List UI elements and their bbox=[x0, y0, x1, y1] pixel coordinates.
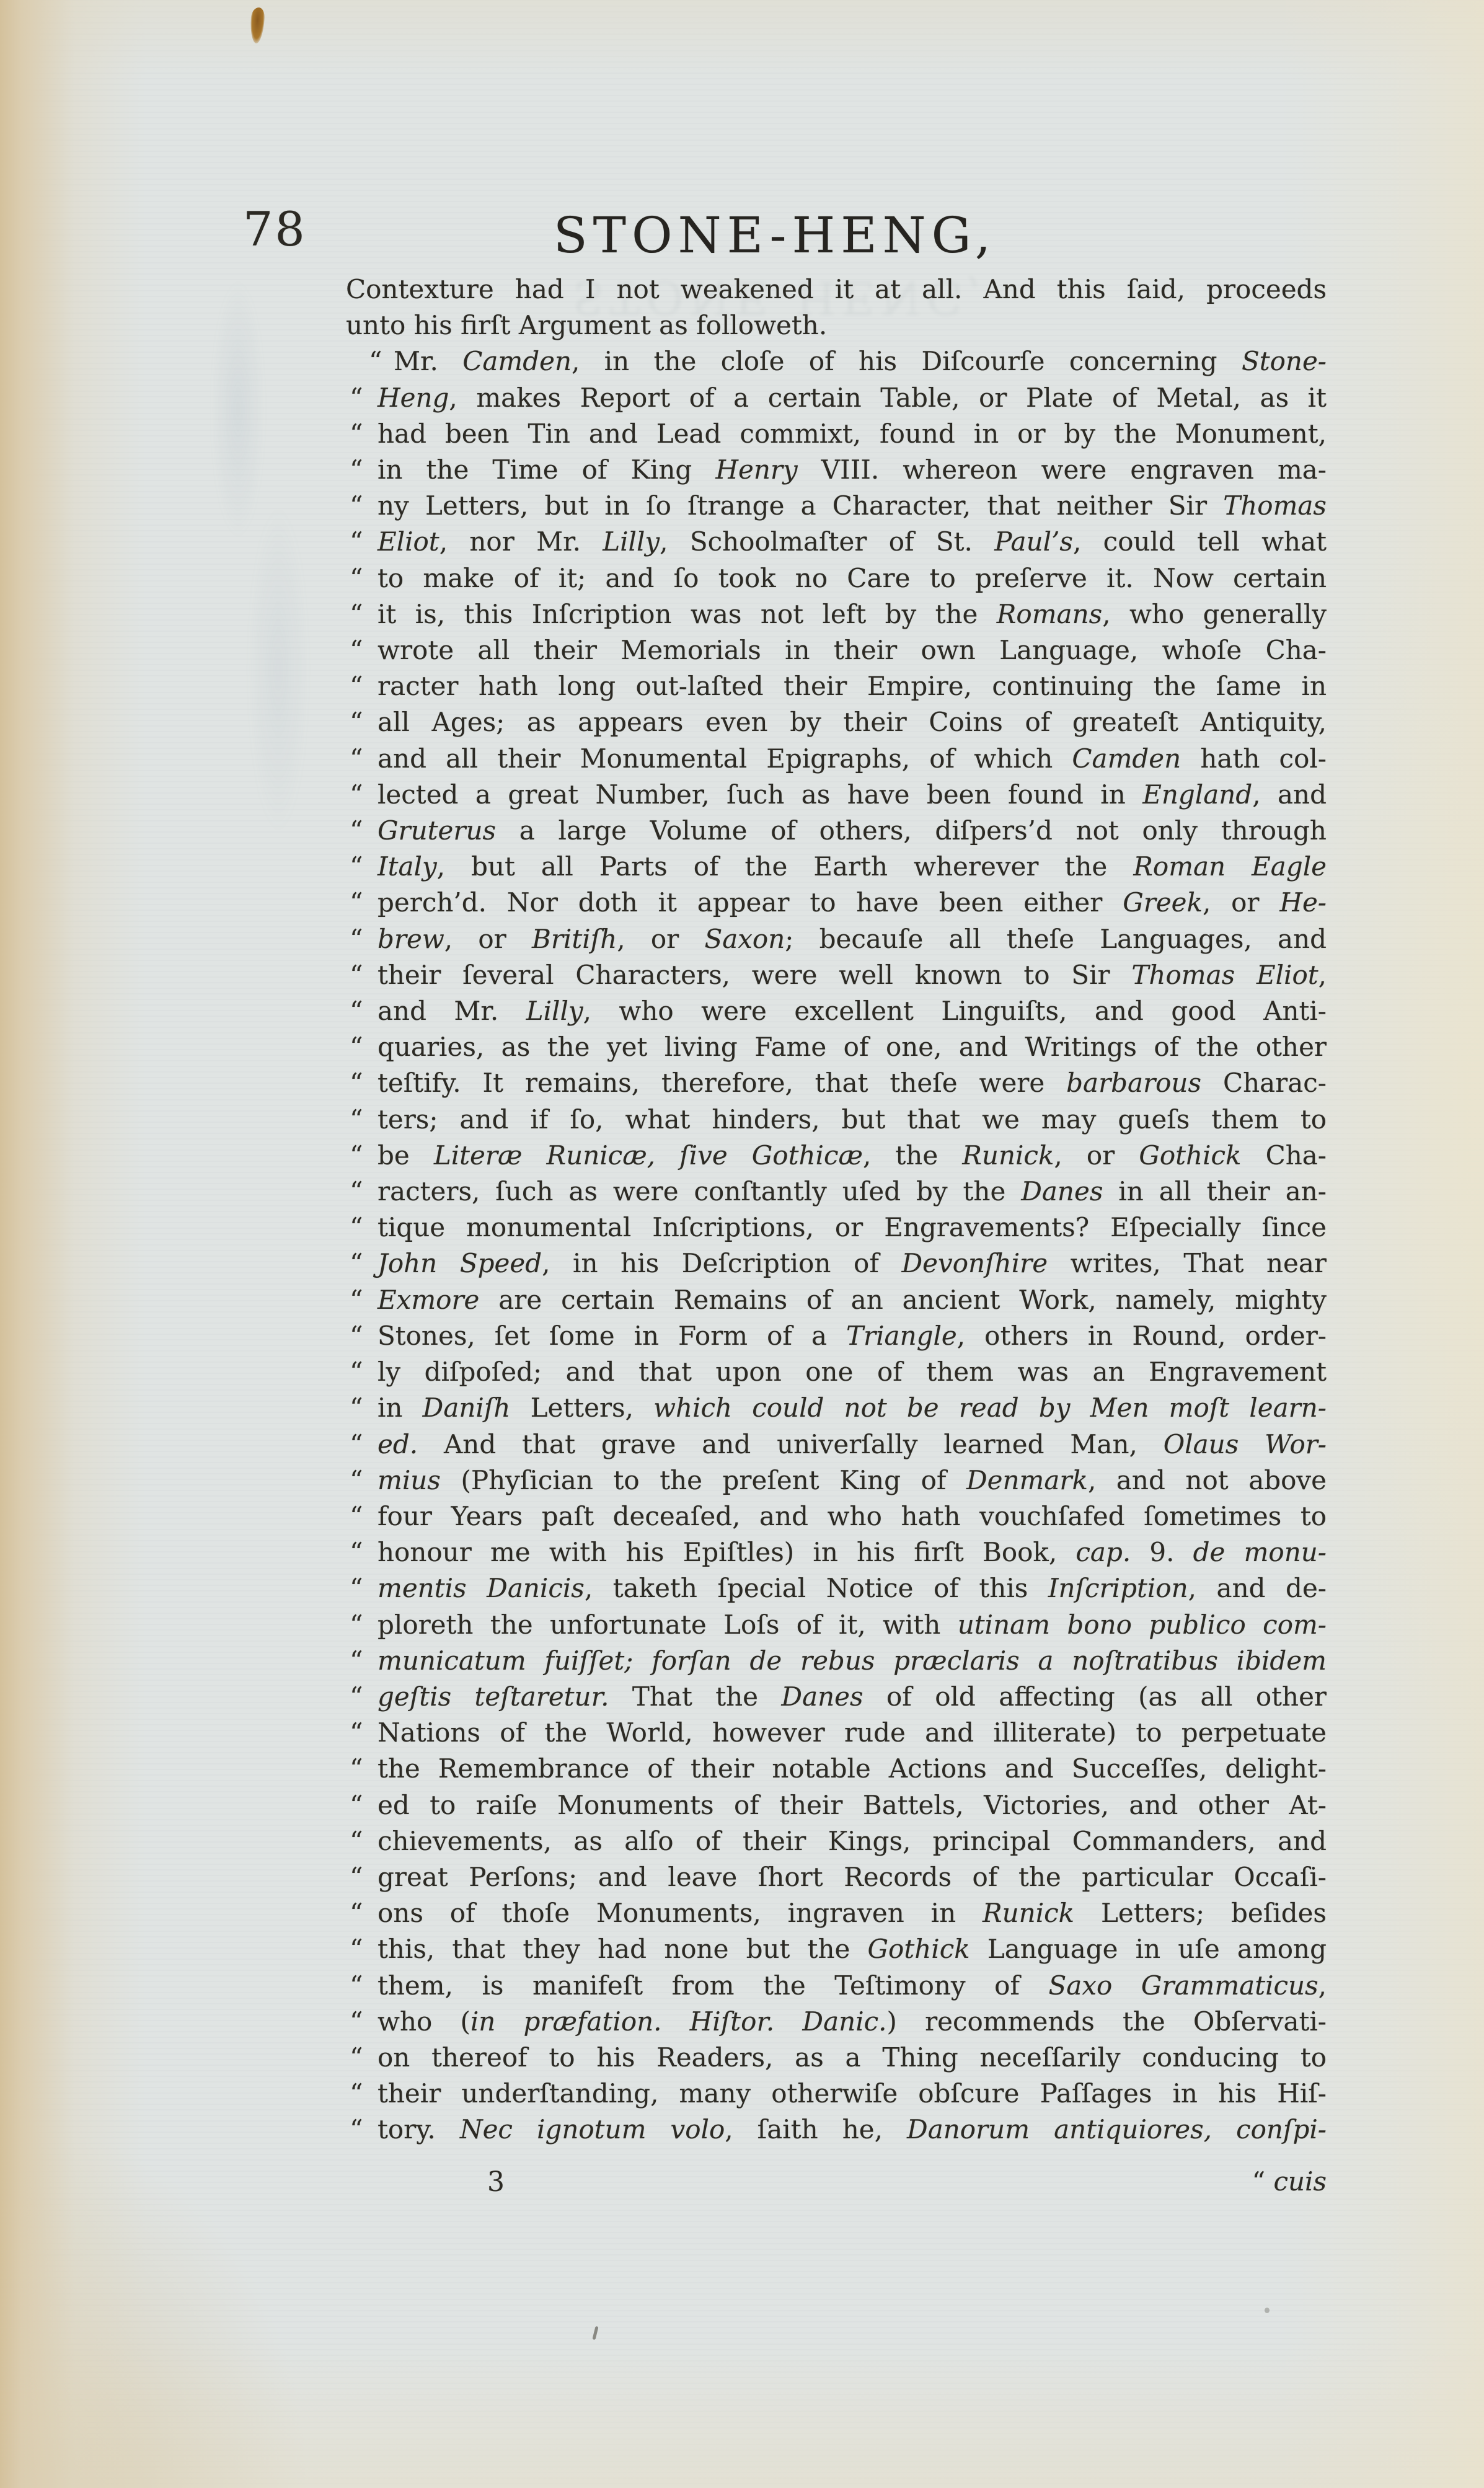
quote-mark: “ bbox=[350, 1463, 363, 1499]
quote-mark: “ bbox=[350, 1859, 363, 1895]
text-line: “to make of it; and ſo took no Care to p… bbox=[346, 560, 1327, 596]
quote-mark: “ bbox=[350, 1210, 363, 1246]
quote-mark: “ bbox=[350, 741, 363, 777]
text-line: “honour me with his Epiſtles) in his fir… bbox=[346, 1534, 1327, 1570]
quote-mark: “ bbox=[350, 1931, 363, 1967]
text-line: “Mr. Camden, in the cloſe of his Diſcour… bbox=[346, 343, 1327, 379]
quote-mark: “ bbox=[350, 1390, 363, 1426]
quote-mark: “ bbox=[350, 2040, 363, 2076]
quote-mark: “ bbox=[350, 1499, 363, 1534]
catchword-quote-mark: “ bbox=[1252, 2166, 1265, 2197]
text-line: “brew, or Britiſh, or Saxon; becauſe all… bbox=[346, 921, 1327, 957]
text-line: “Stones, ſet ſome in Form of a Triangle,… bbox=[346, 1318, 1327, 1354]
quote-mark: “ bbox=[350, 1282, 363, 1318]
text-line: “racter hath long out-laſted their Empir… bbox=[346, 668, 1327, 704]
catchword-text: cuis bbox=[1273, 2166, 1327, 2197]
quote-mark: “ bbox=[350, 1427, 363, 1463]
quote-mark: “ bbox=[350, 885, 363, 921]
quote-mark: “ bbox=[350, 957, 363, 993]
text-line: “Gruterus a large Volume of others, diſp… bbox=[346, 813, 1327, 849]
text-line: “four Years paſt deceaſed, and who hath … bbox=[346, 1499, 1327, 1534]
text-line: “this, that they had none but the Gothic… bbox=[346, 1931, 1327, 1967]
quote-mark: “ bbox=[350, 2004, 363, 2040]
text-line: “municatum fuiſſet; forſan de rebus præc… bbox=[346, 1643, 1327, 1679]
quote-mark: “ bbox=[350, 1029, 363, 1065]
text-line: “Eliot, nor Mr. Lilly, Schoolmaſter of S… bbox=[346, 524, 1327, 560]
quote-mark: “ bbox=[350, 596, 363, 632]
quote-mark: “ bbox=[350, 849, 363, 885]
quote-mark: “ bbox=[369, 343, 382, 379]
quote-mark: “ bbox=[350, 1246, 363, 1282]
quote-mark: “ bbox=[350, 2112, 363, 2148]
text-line: “in the Time of King Henry VIII. whereon… bbox=[346, 452, 1327, 488]
text-line: “tique monumental Inſcriptions, or Engra… bbox=[346, 1210, 1327, 1246]
quote-mark: “ bbox=[350, 1715, 363, 1751]
text-line: “lected a great Number, ſuch as have bee… bbox=[346, 777, 1327, 813]
quote-mark: “ bbox=[350, 1570, 363, 1606]
text-line: “teſtify. It remains, therefore, that th… bbox=[346, 1065, 1327, 1101]
quote-mark: “ bbox=[350, 1787, 363, 1823]
text-line: “the Remembrance of their notable Action… bbox=[346, 1751, 1327, 1787]
text-line: “mentis Danicis, taketh ſpecial Notice o… bbox=[346, 1570, 1327, 1606]
quote-mark: “ bbox=[350, 1968, 363, 2004]
text-line: “it is, this Inſcription was not left by… bbox=[346, 596, 1327, 632]
text-line: “ny Letters, but in ſo ſtrange a Charact… bbox=[346, 488, 1327, 524]
quote-mark: “ bbox=[350, 1065, 363, 1101]
body-text: Contexture had I not weakened it at all.… bbox=[346, 272, 1327, 2148]
quote-mark: “ bbox=[350, 524, 363, 560]
quote-mark: “ bbox=[350, 452, 363, 488]
stray-ink-mark bbox=[592, 2326, 598, 2340]
text-line: “ed to raiſe Monuments of their Battels,… bbox=[346, 1787, 1327, 1823]
text-line: “and all their Monumental Epigraphs, of … bbox=[346, 741, 1327, 777]
text-line: “had been Tin and Lead commixt, found in… bbox=[346, 416, 1327, 452]
quote-mark: “ bbox=[350, 1823, 363, 1859]
quote-mark: “ bbox=[350, 380, 363, 416]
quote-mark: “ bbox=[350, 1318, 363, 1354]
text-line: “their ſeveral Characters, were well kno… bbox=[346, 957, 1327, 993]
text-line: “ters; and if ſo, what hinders, but that… bbox=[346, 1102, 1327, 1138]
catchword: “ cuis bbox=[1252, 2169, 1327, 2195]
quote-mark: “ bbox=[350, 1895, 363, 1931]
quote-mark: “ bbox=[350, 777, 363, 813]
quote-mark: “ bbox=[350, 1174, 363, 1210]
text-line: “their underſtanding, many otherwiſe obſ… bbox=[346, 2076, 1327, 2112]
text-line: “John Speed, in his Deſcription of Devon… bbox=[346, 1246, 1327, 1282]
text-line: “in Daniſh Letters, which could not be r… bbox=[346, 1390, 1327, 1426]
quote-mark: “ bbox=[350, 1534, 363, 1570]
text-line: unto his firſt Argument as followeth. bbox=[346, 308, 1327, 343]
text-line: “them, is manifeſt from the Teſtimony of… bbox=[346, 1968, 1327, 2004]
ink-spot bbox=[249, 7, 265, 43]
quote-mark: “ bbox=[350, 632, 363, 668]
text-line: “ploreth the unfortunate Loſs of it, wit… bbox=[346, 1607, 1327, 1643]
text-line: “chievements, as alſo of their Kings, pr… bbox=[346, 1823, 1327, 1859]
text-line: “wrote all their Memorials in their own … bbox=[346, 632, 1327, 668]
quote-mark: “ bbox=[350, 1643, 363, 1679]
page-number: 78 bbox=[243, 206, 307, 253]
quote-mark: “ bbox=[350, 921, 363, 957]
text-line: “be Literæ Runicæ, ſive Gothicæ, the Run… bbox=[346, 1138, 1327, 1174]
quote-mark: “ bbox=[350, 993, 363, 1029]
quote-mark: “ bbox=[350, 1354, 363, 1390]
stray-ink-dot bbox=[1265, 2308, 1270, 2313]
page-footer: 3 “ cuis bbox=[346, 2169, 1327, 2196]
text-line: “mius (Phyſician to the preſent King of … bbox=[346, 1463, 1327, 1499]
quote-mark: “ bbox=[350, 1607, 363, 1643]
quote-mark: “ bbox=[350, 704, 363, 740]
text-line: “Nations of the World, however rude and … bbox=[346, 1715, 1327, 1751]
page-title: STONE-HENG, bbox=[554, 211, 996, 260]
text-line: “perch’d. Nor doth it appear to have bee… bbox=[346, 885, 1327, 921]
quote-mark: “ bbox=[350, 416, 363, 452]
text-line: “tory. Nec ignotum volo, ſaith he, Danor… bbox=[346, 2112, 1327, 2148]
text-line: “ly diſpoſed; and that upon one of them … bbox=[346, 1354, 1327, 1390]
book-page: 78 STONE-HENG, STONE-HENG, Contexture ha… bbox=[0, 0, 1484, 2488]
quote-mark: “ bbox=[350, 488, 363, 524]
text-line: “on thereof to his Readers, as a Thing n… bbox=[346, 2040, 1327, 2076]
text-line: “geſtis teſtaretur. That the Danes of ol… bbox=[346, 1679, 1327, 1715]
quote-mark: “ bbox=[350, 1102, 363, 1138]
text-line: “racters, ſuch as were conſtantly uſed b… bbox=[346, 1174, 1327, 1210]
quote-mark: “ bbox=[350, 1138, 363, 1174]
text-line: “Heng, makes Report of a certain Table, … bbox=[346, 380, 1327, 416]
show-through-smudge bbox=[174, 260, 335, 1004]
text-line: “all Ages; as appears even by their Coin… bbox=[346, 704, 1327, 740]
text-line: “quaries, as the yet living Fame of one,… bbox=[346, 1029, 1327, 1065]
text-line: Contexture had I not weakened it at all.… bbox=[346, 272, 1327, 308]
text-line: “ed. And that grave and univerſally lear… bbox=[346, 1427, 1327, 1463]
text-line: “ons of thoſe Monuments, ingraven in Run… bbox=[346, 1895, 1327, 1931]
text-line: “great Perſons; and leave ſhort Records … bbox=[346, 1859, 1327, 1895]
quote-mark: “ bbox=[350, 668, 363, 704]
signature-mark: 3 bbox=[487, 2169, 505, 2196]
quote-mark: “ bbox=[350, 1751, 363, 1787]
text-line: “Italy, but all Parts of the Earth where… bbox=[346, 849, 1327, 885]
quote-mark: “ bbox=[350, 2076, 363, 2112]
text-line: “Exmore are certain Remains of an ancien… bbox=[346, 1282, 1327, 1318]
quote-mark: “ bbox=[350, 560, 363, 596]
text-line: “who (in præfation. Hiſtor. Danic.) reco… bbox=[346, 2004, 1327, 2040]
text-line: “and Mr. Lilly, who were excellent Lingu… bbox=[346, 993, 1327, 1029]
quote-mark: “ bbox=[350, 813, 363, 849]
quote-mark: “ bbox=[350, 1679, 363, 1715]
